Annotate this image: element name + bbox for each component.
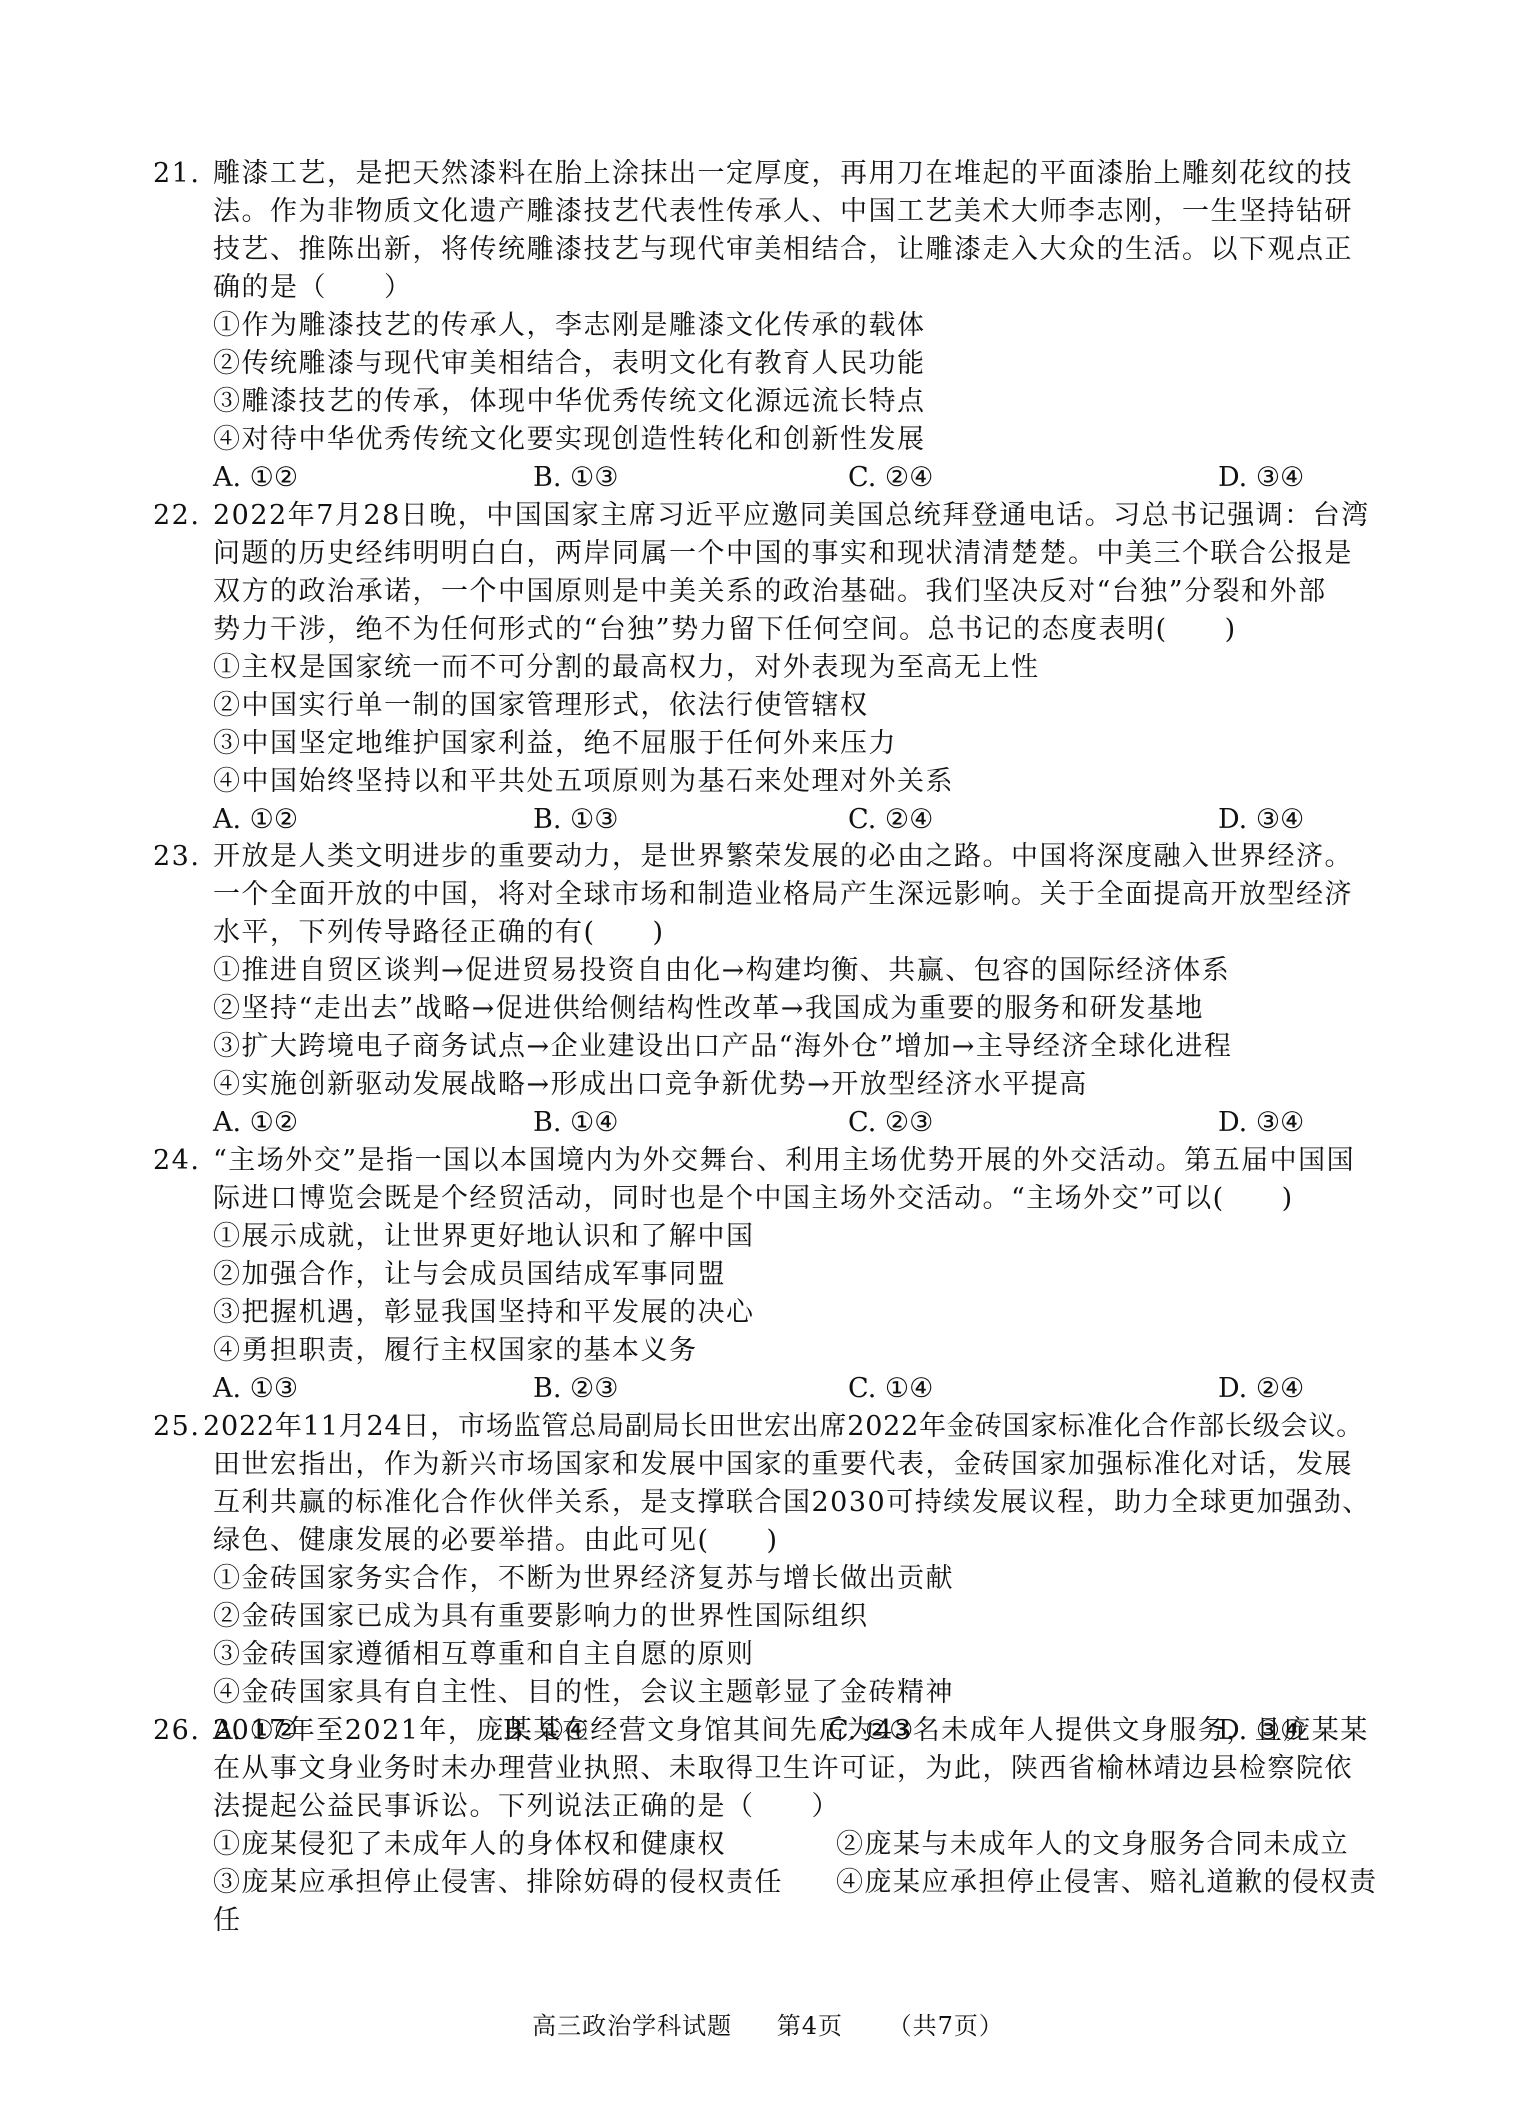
statement: ④勇担职责，履行主权国家的基本义务 (153, 1332, 1378, 1370)
statement: ③扩大跨境电子商务试点→企业建设出口产品“海外仓”增加→主导经济全球化进程 (153, 1028, 1378, 1066)
statement: ②庞某与未成年人的文身服务合同未成立 (836, 1826, 1349, 1864)
statement: ③把握机遇，彰显我国坚持和平发展的决心 (153, 1294, 1378, 1332)
statement: ①作为雕漆技艺的传承人，李志刚是雕漆文化传承的载体 (153, 307, 1378, 345)
question-24: 24.“主场外交”是指一国以本国境内为外交舞台、利用主场优势开展的外交活动。第五… (153, 1142, 1378, 1408)
statement: ④庞某应承担停止侵害、赔礼道歉的侵权责 (836, 1864, 1378, 1902)
choice-b[interactable]: B. ①④ (533, 1104, 618, 1142)
question-stem-line: 问题的历史经纬明明白白，两岸同属一个中国的事实和现状清清楚楚。中美三个联合公报是 (153, 535, 1378, 573)
question-stem-line: 双方的政治承诺，一个中国原则是中美关系的政治基础。我们坚决反对“台独”分裂和外部 (153, 573, 1378, 611)
statement-continuation: 任 (153, 1902, 1378, 1940)
choice-b[interactable]: B. ①③ (533, 801, 618, 839)
statement-row: ①庞某侵犯了未成年人的身体权和健康权 ②庞某与未成年人的文身服务合同未成立 (153, 1826, 1378, 1864)
choice-d[interactable]: D. ③④ (1218, 801, 1304, 839)
question-21: 21.雕漆工艺，是把天然漆料在胎上涂抹出一定厚度，再用刀在堆起的平面漆胎上雕刻花… (153, 155, 1378, 497)
question-stem-line: 势力干涉，绝不为任何形式的“台独”势力留下任何空间。总书记的态度表明( ) (153, 611, 1378, 649)
choice-b[interactable]: B. ②③ (533, 1370, 618, 1408)
question-number: 25. (153, 1408, 203, 1446)
statement: ①推进自贸区谈判→促进贸易投资自由化→构建均衡、共赢、包容的国际经济体系 (153, 952, 1378, 990)
question-stem-line: 法。作为非物质文化遗产雕漆技艺代表性传承人、中国工艺美术大师李志刚，一生坚持钻研 (153, 193, 1378, 231)
statement: ③金砖国家遵循相互尊重和自主自愿的原则 (153, 1636, 1378, 1674)
footer-subject: 高三政治学科试题 (532, 2012, 732, 2040)
question-stem-line: 际进口博览会既是个经贸活动，同时也是个中国主场外交活动。“主场外交”可以( ) (153, 1180, 1378, 1218)
question-stem-line: 开放是人类文明进步的重要动力，是世界繁荣发展的必由之路。中国将深度融入世界经济。 (213, 841, 1353, 872)
answer-choices: A. ①② B. ①③ C. ②④ D. ③④ (153, 801, 1378, 839)
question-stem-line: 一个全面开放的中国，将对全球市场和制造业格局产生深远影响。关于全面提高开放型经济 (153, 876, 1378, 914)
exam-page: 21.雕漆工艺，是把天然漆料在胎上涂抹出一定厚度，再用刀在堆起的平面漆胎上雕刻花… (0, 0, 1536, 2128)
choice-c[interactable]: C. ②④ (848, 801, 933, 839)
question-stem-line: 2022年7月28日晚，中国国家主席习近平应邀同美国总统拜登通电话。习总书记强调… (213, 500, 1370, 531)
statement: ②金砖国家已成为具有重要影响力的世界性国际组织 (153, 1598, 1378, 1636)
statement: ②中国实行单一制的国家管理形式，依法行使管辖权 (153, 687, 1378, 725)
statement: ①主权是国家统一而不可分割的最高权力，对外表现为至高无上性 (153, 649, 1378, 687)
question-stem-line: 法提起公益民事诉讼。下列说法正确的是（ ） (153, 1788, 1378, 1826)
question-number: 24. (153, 1142, 213, 1180)
choice-c[interactable]: C. ②③ (848, 1104, 933, 1142)
question-stem-line: “主场外交”是指一国以本国境内为外交舞台、利用主场优势开展的外交活动。第五届中国… (213, 1145, 1355, 1176)
statement: ③庞某应承担停止侵害、排除妨碍的侵权责任 (213, 1864, 783, 1902)
question-26: 26.2017年至2021年，庞某某在经营文身馆其间先后为43名未成年人提供文身… (153, 1712, 1378, 1940)
choice-c[interactable]: C. ②④ (848, 459, 933, 497)
statement: ③中国坚定地维护国家利益，绝不屈服于任何外来压力 (153, 725, 1378, 763)
question-stem-line: 水平，下列传导路径正确的有( ) (153, 914, 1378, 952)
question-stem-line: 田世宏指出，作为新兴市场国家和发展中国家的重要代表，金砖国家加强标准化对话，发展 (153, 1446, 1378, 1484)
statement: ④金砖国家具有自主性、目的性，会议主题彰显了金砖精神 (153, 1674, 1378, 1712)
answer-choices: A. ①③ B. ②③ C. ①④ D. ②④ (153, 1370, 1378, 1408)
choice-d[interactable]: D. ③④ (1218, 1104, 1304, 1142)
question-23: 23.开放是人类文明进步的重要动力，是世界繁荣发展的必由之路。中国将深度融入世界… (153, 838, 1378, 1142)
question-stem-line: 2017年至2021年，庞某某在经营文身馆其间先后为43名未成年人提供文身服务，… (213, 1715, 1369, 1746)
choice-c[interactable]: C. ①④ (848, 1370, 933, 1408)
question-stem-line: 在从事文身业务时未办理营业执照、未取得卫生许可证，为此，陕西省榆林靖边县检察院依 (153, 1750, 1378, 1788)
statement: ①展示成就，让世界更好地认识和了解中国 (153, 1218, 1378, 1256)
question-stem-line: 技艺、推陈出新，将传统雕漆技艺与现代审美相结合，让雕漆走入大众的生活。以下观点正 (153, 231, 1378, 269)
footer-total-pages: （共7页） (888, 2012, 1004, 2040)
statement: ②加强合作，让与会成员国结成军事同盟 (153, 1256, 1378, 1294)
statement: ②坚持“走出去”战略→促进供给侧结构性改革→我国成为重要的服务和研发基地 (153, 990, 1378, 1028)
question-22: 22.2022年7月28日晚，中国国家主席习近平应邀同美国总统拜登通电话。习总书… (153, 497, 1378, 839)
question-number: 21. (153, 155, 213, 193)
choice-a[interactable]: A. ①② (213, 801, 298, 839)
question-number: 22. (153, 497, 213, 535)
question-stem-line: 绿色、健康发展的必要举措。由此可见( ) (153, 1522, 1378, 1560)
statement: ①金砖国家务实合作，不断为世界经济复苏与增长做出贡献 (153, 1560, 1378, 1598)
question-stem-line: 互利共赢的标准化合作伙伴关系，是支撑联合国2030可持续发展议程，助力全球更加强… (153, 1484, 1378, 1522)
choice-d[interactable]: D. ②④ (1218, 1370, 1304, 1408)
statement: ①庞某侵犯了未成年人的身体权和健康权 (213, 1826, 726, 1864)
statement: ④实施创新驱动发展战略→形成出口竞争新优势→开放型经济水平提高 (153, 1066, 1378, 1104)
statement: ②传统雕漆与现代审美相结合，表明文化有教育人民功能 (153, 345, 1378, 383)
question-25: 25.2022年11月24日，市场监管总局副局长田世宏出席2022年金砖国家标准… (153, 1408, 1378, 1750)
answer-choices: A. ①② B. ①④ C. ②③ D. ③④ (153, 1104, 1378, 1142)
statement: ④对待中华优秀传统文化要实现创造性转化和创新性发展 (153, 421, 1378, 459)
choice-d[interactable]: D. ③④ (1218, 459, 1304, 497)
statement-row: ③庞某应承担停止侵害、排除妨碍的侵权责任 ④庞某应承担停止侵害、赔礼道歉的侵权责 (153, 1864, 1378, 1902)
choice-a[interactable]: A. ①③ (213, 1370, 298, 1408)
footer-page-number: 第4页 (777, 2012, 843, 2040)
question-stem-line: 2022年11月24日，市场监管总局副局长田世宏出席2022年金砖国家标准化合作… (203, 1411, 1364, 1442)
question-stem-line: 确的是（ ） (153, 269, 1378, 307)
choice-b[interactable]: B. ①③ (533, 459, 618, 497)
choice-a[interactable]: A. ①② (213, 459, 298, 497)
statement: ③雕漆技艺的传承，体现中华优秀传统文化源远流长特点 (153, 383, 1378, 421)
page-footer: 高三政治学科试题 第4页 （共7页） (0, 2006, 1536, 2041)
question-stem-line: 雕漆工艺，是把天然漆料在胎上涂抹出一定厚度，再用刀在堆起的平面漆胎上雕刻花纹的技 (213, 158, 1353, 189)
answer-choices: A. ①② B. ①③ C. ②④ D. ③④ (153, 459, 1378, 497)
choice-a[interactable]: A. ①② (213, 1104, 298, 1142)
statement: ④中国始终坚持以和平共处五项原则为基石来处理对外关系 (153, 763, 1378, 801)
question-number: 23. (153, 838, 213, 876)
question-number: 26. (153, 1712, 213, 1750)
